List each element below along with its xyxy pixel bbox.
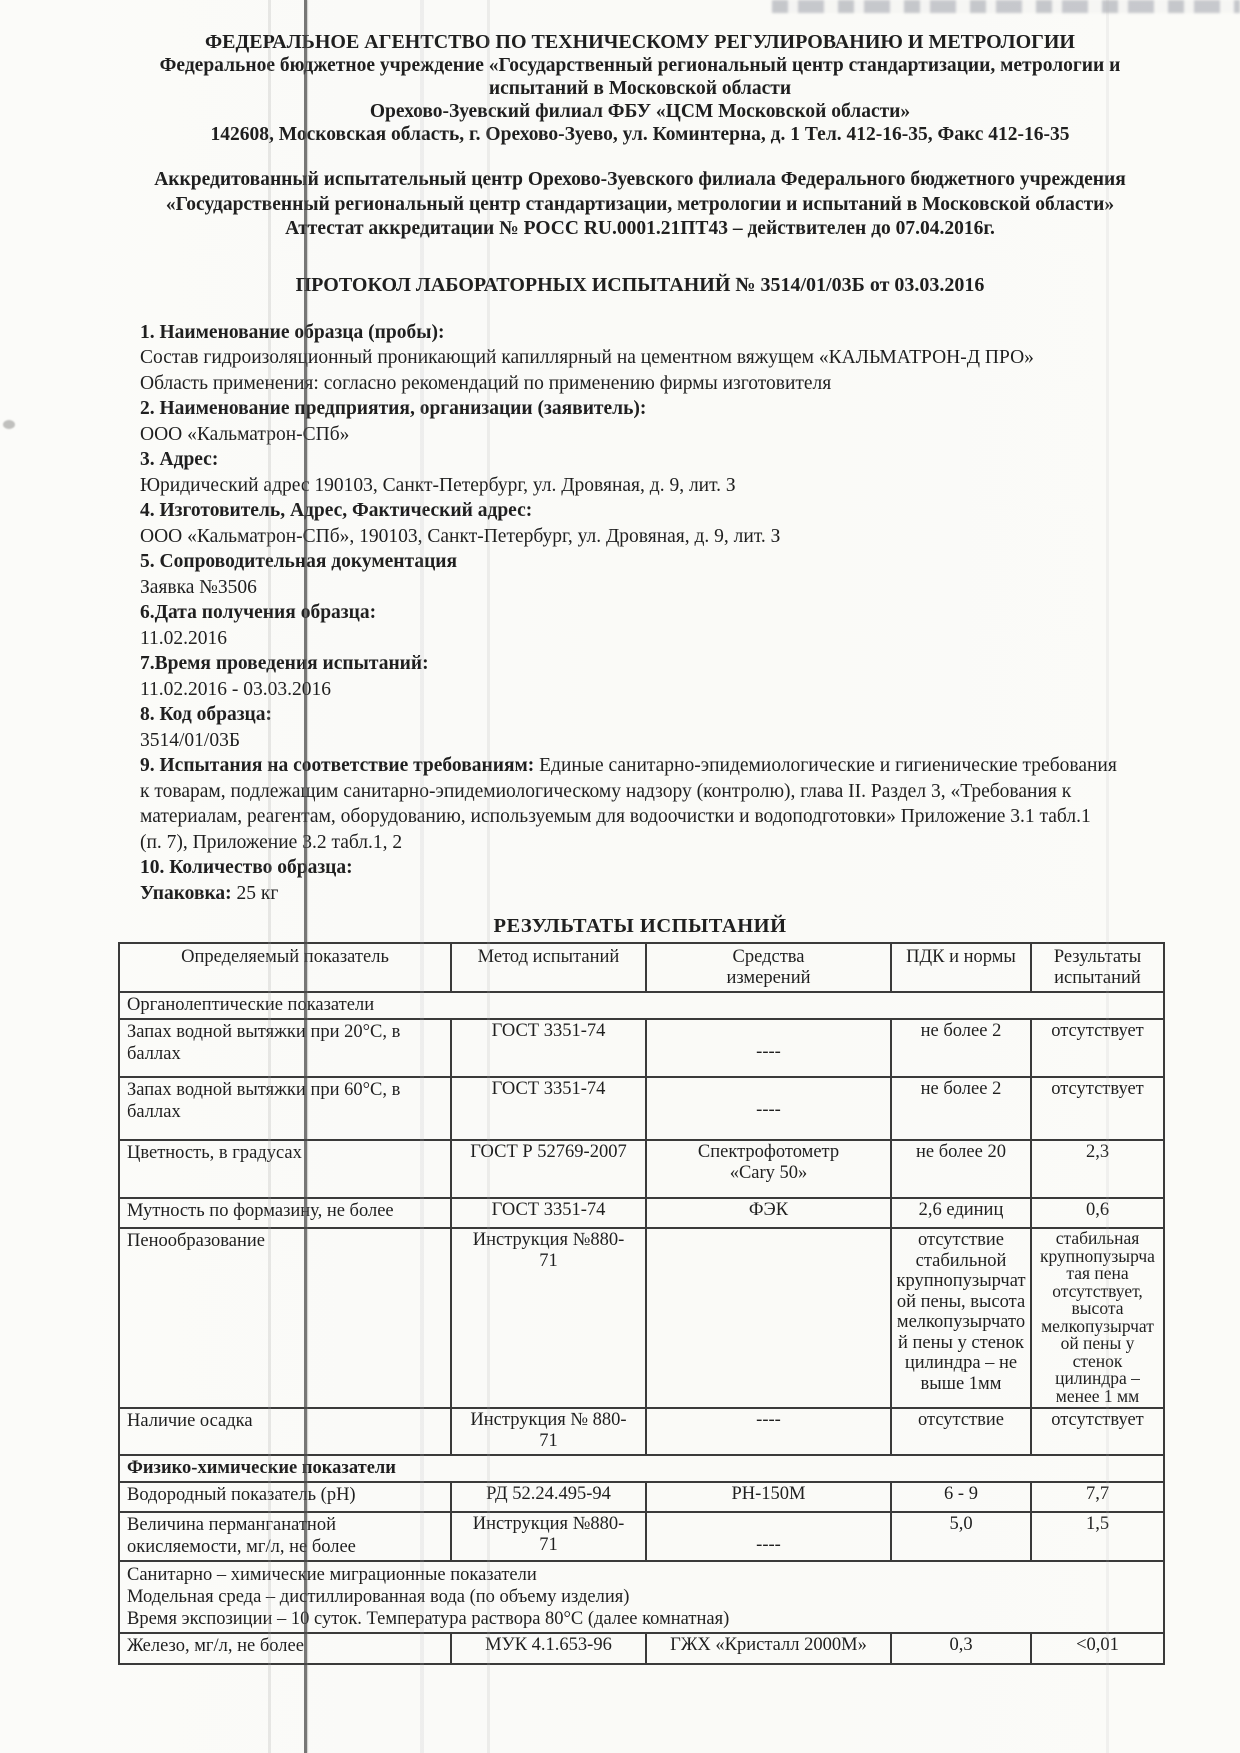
table-row: Железо, мг/л, не болееМУК 4.1.653-96ГЖХ … <box>119 1633 1164 1664</box>
item-value-bold: Упаковка: <box>140 883 232 904</box>
table-cell: Спектрофотометр «Cary 50» <box>646 1140 891 1198</box>
table-cell: Наличие осадка <box>119 1408 451 1455</box>
table-cell: МУК 4.1.653-96 <box>451 1633 646 1664</box>
table-cell: отсутствует <box>1031 1408 1164 1455</box>
item-label: 5. Сопроводительная документация <box>140 551 457 572</box>
item-value: Упаковка: 25 кг <box>140 881 1150 907</box>
table-header-row: Определяемый показательМетод испытанийСр… <box>119 943 1164 992</box>
table-cell: 1,5 <box>1031 1512 1164 1561</box>
item-label: 7.Время проведения испытаний: <box>140 653 429 674</box>
item-value: Состав гидроизоляционный проникающий кап… <box>140 345 1150 371</box>
accreditation-center-name: Аккредитованный испытательный центр Орех… <box>134 168 1146 217</box>
table-column-header: Метод испытаний <box>451 943 646 992</box>
item-label: 9. Испытания на соответствие требованиям… <box>140 755 534 776</box>
table-cell: ---- <box>646 1077 891 1140</box>
table-row: Водородный показатель (рН)РД 52.24.495-9… <box>119 1482 1164 1512</box>
section-row: Физико-химические показатели <box>119 1455 1164 1482</box>
table-row: Величина перманганатной окисляемости, мг… <box>119 1512 1164 1561</box>
list-item: 10. Количество образца:Упаковка: 25 кг <box>140 855 1150 906</box>
item-label: 6.Дата получения образца: <box>140 602 376 623</box>
list-item: 4. Изготовитель, Адрес, Фактический адре… <box>140 498 1150 549</box>
table-cell: Мутность по формазину, не более <box>119 1198 451 1228</box>
item-value: 3514/01/03Б <box>140 728 1150 754</box>
section-title: Органолептические показатели <box>119 992 1164 1019</box>
scan-artifact-top-smudge <box>772 0 1240 13</box>
item-label: 4. Изготовитель, Адрес, Фактический адре… <box>140 500 532 521</box>
table-row: Наличие осадкаИнструкция № 880- 71----от… <box>119 1408 1164 1455</box>
accreditation-block: Аккредитованный испытательный центр Орех… <box>118 168 1162 242</box>
section-title: Санитарно – химические миграционные пока… <box>119 1561 1164 1633</box>
table-cell: отсутствие <box>891 1408 1031 1455</box>
table-cell: 0,3 <box>891 1633 1031 1664</box>
table-cell: Водородный показатель (рН) <box>119 1482 451 1512</box>
table-column-header: Результаты испытаний <box>1031 943 1164 992</box>
institution-name: Федеральное бюджетное учреждение «Госуда… <box>136 54 1144 100</box>
table-row: ПенообразованиеИнструкция №880- 71отсутс… <box>119 1228 1164 1408</box>
table-cell: 2,3 <box>1031 1140 1164 1198</box>
address-line: 142608, Московская область, г. Орехово-З… <box>118 123 1162 146</box>
agency-name: ФЕДЕРАЛЬНОЕ АГЕНТСТВО ПО ТЕХНИЧЕСКОМУ РЕ… <box>118 30 1162 54</box>
table-cell: Запах водной вытяжки при 60°С, в баллах <box>119 1077 451 1140</box>
table-cell: Пенообразование <box>119 1228 451 1408</box>
item-value: Заявка №3506 <box>140 575 1150 601</box>
table-cell: ГОСТ Р 52769-2007 <box>451 1140 646 1198</box>
list-item: 6.Дата получения образца:11.02.2016 <box>140 600 1150 651</box>
table-cell: Цветность, в градусах <box>119 1140 451 1198</box>
item-value: 11.02.2016 - 03.03.2016 <box>140 677 1150 703</box>
table-cell: стабильная крупнопузырча тая пена отсутс… <box>1031 1228 1164 1408</box>
table-cell: 7,7 <box>1031 1482 1164 1512</box>
table-row: Запах водной вытяжки при 60°С, в баллахГ… <box>119 1077 1164 1140</box>
accreditation-certificate: Аттестат аккредитации № РОСС RU.0001.21П… <box>118 217 1162 242</box>
table-cell: Инструкция №880- 71 <box>451 1512 646 1561</box>
table-cell: Инструкция № 880- 71 <box>451 1408 646 1455</box>
numbered-items: 1. Наименование образца (пробы):Состав г… <box>140 320 1150 907</box>
letterhead: ФЕДЕРАЛЬНОЕ АГЕНТСТВО ПО ТЕХНИЧЕСКОМУ РЕ… <box>118 30 1162 146</box>
table-cell: ---- <box>646 1512 891 1561</box>
table-cell: 5,0 <box>891 1512 1031 1561</box>
section-row: Органолептические показатели <box>119 992 1164 1019</box>
table-cell: ГЖХ «Кристалл 2000М» <box>646 1633 891 1664</box>
item-label: 2. Наименование предприятия, организации… <box>140 398 646 419</box>
table-column-header: Определяемый показатель <box>119 943 451 992</box>
table-cell: ФЭК <box>646 1198 891 1228</box>
scan-artifact-speck <box>3 420 15 429</box>
scan-fold-line <box>304 0 307 1753</box>
table-row: Мутность по формазину, не болееГОСТ 3351… <box>119 1198 1164 1228</box>
table-row: Запах водной вытяжки при 20°С, в баллахГ… <box>119 1019 1164 1077</box>
item-label: 1. Наименование образца (пробы): <box>140 322 444 343</box>
table-cell: 2,6 единиц <box>891 1198 1031 1228</box>
table-cell: РД 52.24.495-94 <box>451 1482 646 1512</box>
item-value: ООО «Кальматрон-СПб», 190103, Санкт-Пете… <box>140 524 1150 550</box>
table-cell <box>646 1228 891 1408</box>
item-value: 11.02.2016 <box>140 626 1150 652</box>
item-value: Юридический адрес 190103, Санкт-Петербур… <box>140 473 1150 499</box>
table-cell: Запах водной вытяжки при 20°С, в баллах <box>119 1019 451 1077</box>
protocol-title: ПРОТОКОЛ ЛАБОРАТОРНЫХ ИСПЫТАНИЙ № 3514/0… <box>118 272 1162 298</box>
table-cell: отсутствие стабильной крупнопузырчат ой … <box>891 1228 1031 1408</box>
list-item: 2. Наименование предприятия, организации… <box>140 396 1150 447</box>
table-cell: Инструкция №880- 71 <box>451 1228 646 1408</box>
table-cell: не более 2 <box>891 1019 1031 1077</box>
section-title: Физико-химические показатели <box>119 1455 1164 1482</box>
table-cell: Железо, мг/л, не более <box>119 1633 451 1664</box>
item-value: Область применения: согласно рекомендаци… <box>140 371 1150 397</box>
table-column-header: ПДК и нормы <box>891 943 1031 992</box>
table-cell: Величина перманганатной окисляемости, мг… <box>119 1512 451 1561</box>
branch-name: Орехово-Зуевский филиал ФБУ «ЦСМ Московс… <box>118 100 1162 123</box>
table-cell: отсутствует <box>1031 1019 1164 1077</box>
table-cell: ГОСТ 3351-74 <box>451 1198 646 1228</box>
table-cell: отсутствует <box>1031 1077 1164 1140</box>
item-value: ООО «Кальматрон-СПб» <box>140 422 1150 448</box>
item-label: 3. Адрес: <box>140 449 218 470</box>
document-content: ФЕДЕРАЛЬНОЕ АГЕНТСТВО ПО ТЕХНИЧЕСКОМУ РЕ… <box>0 0 1240 1665</box>
table-column-header: Средства измерений <box>646 943 891 992</box>
table-cell: 0,6 <box>1031 1198 1164 1228</box>
results-title: РЕЗУЛЬТАТЫ ИСПЫТАНИЙ <box>118 912 1162 940</box>
list-item: 1. Наименование образца (пробы):Состав г… <box>140 320 1150 397</box>
list-item: 8. Код образца:3514/01/03Б <box>140 702 1150 753</box>
table-cell: ---- <box>646 1019 891 1077</box>
table-cell: <0,01 <box>1031 1633 1164 1664</box>
table-cell: РН-150М <box>646 1482 891 1512</box>
table-cell: ГОСТ 3351-74 <box>451 1077 646 1140</box>
table-cell: 6 - 9 <box>891 1482 1031 1512</box>
item-label: 8. Код образца: <box>140 704 272 725</box>
table-cell: ---- <box>646 1408 891 1455</box>
list-item: 3. Адрес:Юридический адрес 190103, Санкт… <box>140 447 1150 498</box>
list-item: 5. Сопроводительная документацияЗаявка №… <box>140 549 1150 600</box>
list-item: 9. Испытания на соответствие требованиям… <box>140 753 1150 855</box>
results-table: Определяемый показательМетод испытанийСр… <box>118 942 1165 1665</box>
item-label: 10. Количество образца: <box>140 857 353 878</box>
scanned-document-page: ФЕДЕРАЛЬНОЕ АГЕНТСТВО ПО ТЕХНИЧЕСКОМУ РЕ… <box>0 0 1240 1753</box>
table-row: Цветность, в градусахГОСТ Р 52769-2007Сп… <box>119 1140 1164 1198</box>
list-item: 7.Время проведения испытаний:11.02.2016 … <box>140 651 1150 702</box>
section-row: Санитарно – химические миграционные пока… <box>119 1561 1164 1633</box>
table-cell: ГОСТ 3351-74 <box>451 1019 646 1077</box>
table-cell: не более 2 <box>891 1077 1031 1140</box>
table-cell: не более 20 <box>891 1140 1031 1198</box>
